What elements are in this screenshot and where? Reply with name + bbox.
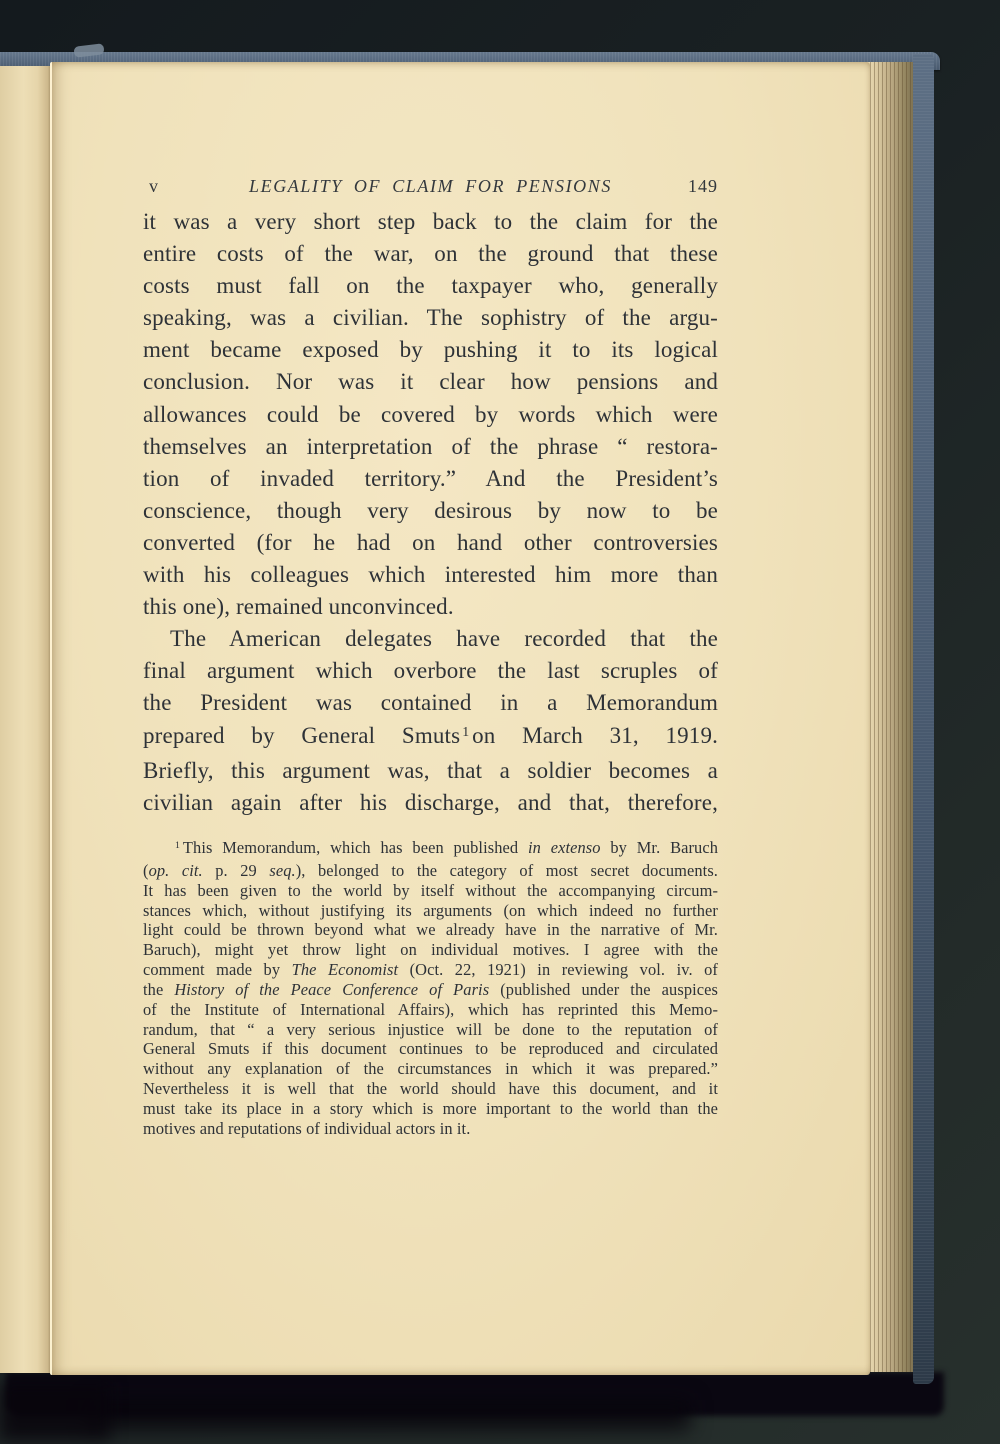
text-segment: the President was contained in a Memoran…	[143, 690, 718, 715]
text-segment: costs must fall on the taxpayer who, gen…	[143, 273, 718, 298]
page-header: v LEGALITY OF CLAIM FOR PENSIONS 149	[143, 176, 718, 200]
italic-text: History of the Peace Conference of Paris	[174, 980, 489, 999]
text-segment: conclusion. Nor was it clear how pension…	[143, 369, 718, 394]
text-line: this one), remained unconvinced.	[143, 591, 718, 623]
text-line: tion of invaded territory.” And the Pres…	[143, 463, 718, 495]
text-line: entire costs of the war, on the ground t…	[143, 238, 718, 270]
book-cover-fore-edge	[913, 54, 934, 1384]
page-number: 149	[688, 176, 718, 197]
text-segment: it was a very short step back to the cla…	[143, 209, 718, 234]
text-line: conclusion. Nor was it clear how pension…	[143, 366, 718, 398]
footnote-line: Baruch), might yet throw light on indivi…	[143, 940, 718, 960]
text-segment: ), belonged to the category of most secr…	[296, 861, 718, 880]
footnote-line: the History of the Peace Conference of P…	[143, 980, 718, 1000]
paragraph: The American delegates have recorded tha…	[143, 623, 718, 819]
text-segment: without any explanation of the circumsta…	[143, 1059, 718, 1078]
book-drop-shadow	[90, 1400, 690, 1430]
text-segment: (published under the auspices	[489, 980, 718, 999]
text-segment: speaking, was a civilian. The sophistry …	[143, 305, 718, 330]
paragraph: it was a very short step back to the cla…	[143, 206, 718, 623]
book-photo: v LEGALITY OF CLAIM FOR PENSIONS 149 it …	[0, 0, 1000, 1444]
superscript-marker: 1	[175, 840, 180, 851]
footnote-line: (op. cit. p. 29 seq.), belonged to the c…	[143, 861, 718, 881]
text-line: costs must fall on the taxpayer who, gen…	[143, 270, 718, 302]
page-stack-fore-edge	[866, 62, 913, 1372]
text-segment: this one), remained unconvinced.	[143, 594, 454, 619]
text-segment: themselves an interpretation of the phra…	[143, 434, 718, 459]
text-segment: by Mr. Baruch	[601, 838, 718, 857]
text-segment: comment made by	[143, 960, 292, 979]
footnote-line: Nevertheless it is well that the world s…	[143, 1079, 718, 1099]
text-segment: General Smuts if this document continues…	[143, 1039, 718, 1058]
text-segment: the	[143, 980, 174, 999]
book-drop-shadow	[0, 1382, 110, 1440]
text-segment: Baruch), might yet throw light on indivi…	[143, 940, 718, 959]
footnote-line: without any explanation of the circumsta…	[143, 1059, 718, 1079]
italic-text: in extenso	[528, 838, 601, 857]
text-line: allowances could be covered by words whi…	[143, 399, 718, 431]
text-segment: civilian again after his discharge, and …	[143, 790, 718, 815]
text-line: speaking, was a civilian. The sophistry …	[143, 302, 718, 334]
text-line: it was a very short step back to the cla…	[143, 206, 718, 238]
footnote-line: 1This Memorandum, which has been publish…	[143, 838, 718, 861]
footnote-line: must take its place in a story which is …	[143, 1099, 718, 1119]
text-segment: motives and reputations of individual ac…	[143, 1119, 470, 1138]
text-line: converted (for he had on hand other cont…	[143, 527, 718, 559]
body-text: it was a very short step back to the cla…	[143, 206, 718, 819]
text-line: final argument which overbore the last s…	[143, 655, 718, 687]
text-line: with his colleagues which interested him…	[143, 559, 718, 591]
text-segment: light could be thrown beyond what we alr…	[143, 920, 718, 939]
text-segment: (Oct. 22, 1921) in reviewing vol. iv. of	[398, 960, 718, 979]
text-line: prepared by General Smuts1on March 31, 1…	[143, 720, 718, 755]
text-segment: p. 29	[203, 861, 270, 880]
footnote-line: motives and reputations of individual ac…	[143, 1119, 718, 1139]
text-line: themselves an interpretation of the phra…	[143, 431, 718, 463]
text-line: ment became exposed by pushing it to its…	[143, 334, 718, 366]
italic-text: seq.	[269, 861, 295, 880]
text-segment: must take its place in a story which is …	[143, 1099, 718, 1118]
text-segment: entire costs of the war, on the ground t…	[143, 241, 718, 266]
text-segment: on March 31, 1919.	[472, 723, 718, 748]
text-line: the President was contained in a Memoran…	[143, 687, 718, 719]
text-segment: stances which, without justifying its ar…	[143, 901, 718, 920]
footnote-line: comment made by The Economist (Oct. 22, …	[143, 960, 718, 980]
text-segment: It has been given to the world by itself…	[143, 881, 718, 900]
text-segment: randum, that “ a very serious injustice …	[143, 1020, 718, 1039]
text-segment: tion of invaded territory.” And the Pres…	[143, 466, 718, 491]
text-line: civilian again after his discharge, and …	[143, 787, 718, 819]
italic-text: The Economist	[292, 960, 398, 979]
text-segment: The American delegates have recorded tha…	[170, 626, 718, 651]
footnote-line: of the Institute of International Affair…	[143, 1000, 718, 1020]
text-segment: This Memorandum, which has been publishe…	[183, 838, 528, 857]
footnote-line: It has been given to the world by itself…	[143, 881, 718, 901]
text-segment: of the Institute of International Affair…	[143, 1000, 718, 1019]
text-line: The American delegates have recorded tha…	[143, 623, 718, 655]
italic-text: op. cit.	[149, 861, 203, 880]
text-segment: conscience, though very desirous by now …	[143, 498, 718, 523]
footnote-line: light could be thrown beyond what we alr…	[143, 920, 718, 940]
text-segment: Nevertheless it is well that the world s…	[143, 1079, 718, 1098]
chapter-numeral: v	[149, 176, 158, 197]
running-title: LEGALITY OF CLAIM FOR PENSIONS	[143, 176, 718, 197]
text-segment: with his colleagues which interested him…	[143, 562, 718, 587]
text-line: conscience, though very desirous by now …	[143, 495, 718, 527]
footnote-line: stances which, without justifying its ar…	[143, 901, 718, 921]
footnote-line: randum, that “ a very serious injustice …	[143, 1020, 718, 1040]
text-segment: Briefly, this argument was, that a soldi…	[143, 758, 718, 783]
text-segment: allowances could be covered by words whi…	[143, 402, 718, 427]
footnote: 1This Memorandum, which has been publish…	[143, 838, 718, 1139]
footnote-line: General Smuts if this document continues…	[143, 1039, 718, 1059]
text-line: Briefly, this argument was, that a soldi…	[143, 755, 718, 787]
text-segment: final argument which overbore the last s…	[143, 658, 718, 683]
text-segment: prepared by General Smuts	[143, 723, 460, 748]
text-segment: converted (for he had on hand other cont…	[143, 530, 718, 555]
superscript-marker: 1	[462, 724, 469, 739]
text-segment: ment became exposed by pushing it to its…	[143, 337, 718, 362]
gutter-page-curve	[0, 66, 52, 1373]
